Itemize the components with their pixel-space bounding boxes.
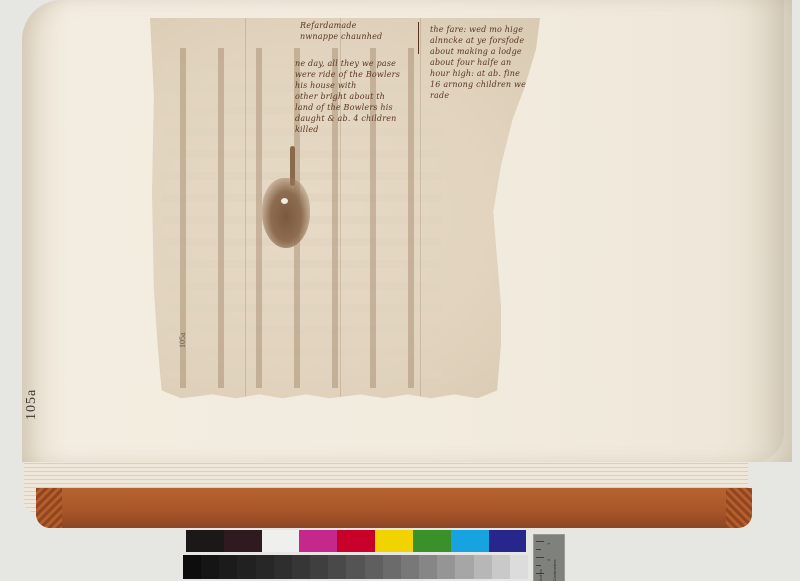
gray-step — [492, 555, 510, 579]
manuscript-stamp: 105a — [178, 332, 187, 348]
swatch-red — [337, 530, 375, 552]
ruler-tick — [536, 541, 544, 542]
swatch-white — [262, 530, 300, 552]
gray-step — [383, 555, 401, 579]
fold-line — [420, 18, 421, 406]
fold-line — [245, 18, 246, 406]
leaf-curl — [744, 0, 784, 462]
swatch-green — [413, 530, 451, 552]
gray-step — [328, 555, 346, 579]
scan-scene: 105a Refardamade nwnappe chaunhed the fa… — [0, 0, 800, 581]
swatch-black — [186, 530, 224, 552]
gray-step — [346, 555, 364, 579]
grayscale-strip — [183, 555, 528, 579]
gray-step — [310, 555, 328, 579]
ink-stain — [262, 178, 310, 248]
album-leather-cover — [36, 488, 752, 528]
gray-step — [437, 555, 455, 579]
annotation-divider — [418, 22, 419, 54]
manuscript-fragment: Refardamade nwnappe chaunhed the fare: w… — [150, 18, 540, 406]
swatch-magenta — [299, 530, 337, 552]
ruler-label-inches: Inches — [538, 569, 543, 581]
gray-step — [419, 555, 437, 579]
color-swatch-row — [180, 530, 570, 552]
gray-step — [510, 555, 528, 579]
gray-step — [455, 555, 473, 579]
ruler-tick — [536, 565, 541, 566]
swatch-dark-brown — [224, 530, 262, 552]
ruler-label-centimetres: Centimetres — [552, 559, 557, 581]
cover-corner-left — [36, 488, 62, 528]
gray-step — [201, 555, 219, 579]
gray-step — [237, 555, 255, 579]
gray-step — [474, 555, 492, 579]
annotation-top-right: the fare: wed mo hige alnncke at ye fors… — [430, 24, 540, 101]
folio-number: 105a — [24, 389, 40, 420]
gray-step — [365, 555, 383, 579]
swatch-yellow — [375, 530, 413, 552]
annotation-middle: ne day, all they we pase were ride of th… — [295, 58, 420, 135]
gray-step — [219, 555, 237, 579]
gray-step — [292, 555, 310, 579]
ruler-tick — [536, 557, 544, 558]
cover-corner-right — [726, 488, 752, 528]
gray-step — [256, 555, 274, 579]
annotation-top-left: Refardamade nwnappe chaunhed — [300, 20, 382, 42]
color-calibration-target — [180, 527, 570, 581]
ruler-mark: 2 — [546, 559, 551, 561]
gray-step — [183, 555, 201, 579]
gray-step — [274, 555, 292, 579]
gray-step — [401, 555, 419, 579]
paper-hole — [281, 198, 288, 204]
ruler-mark: 1 — [546, 543, 551, 545]
swatch-cyan — [451, 530, 489, 552]
swatch-blue — [489, 530, 526, 552]
ruler-tick — [536, 549, 541, 550]
scale-ruler: Inches Centimetres 1 2 — [533, 534, 565, 581]
